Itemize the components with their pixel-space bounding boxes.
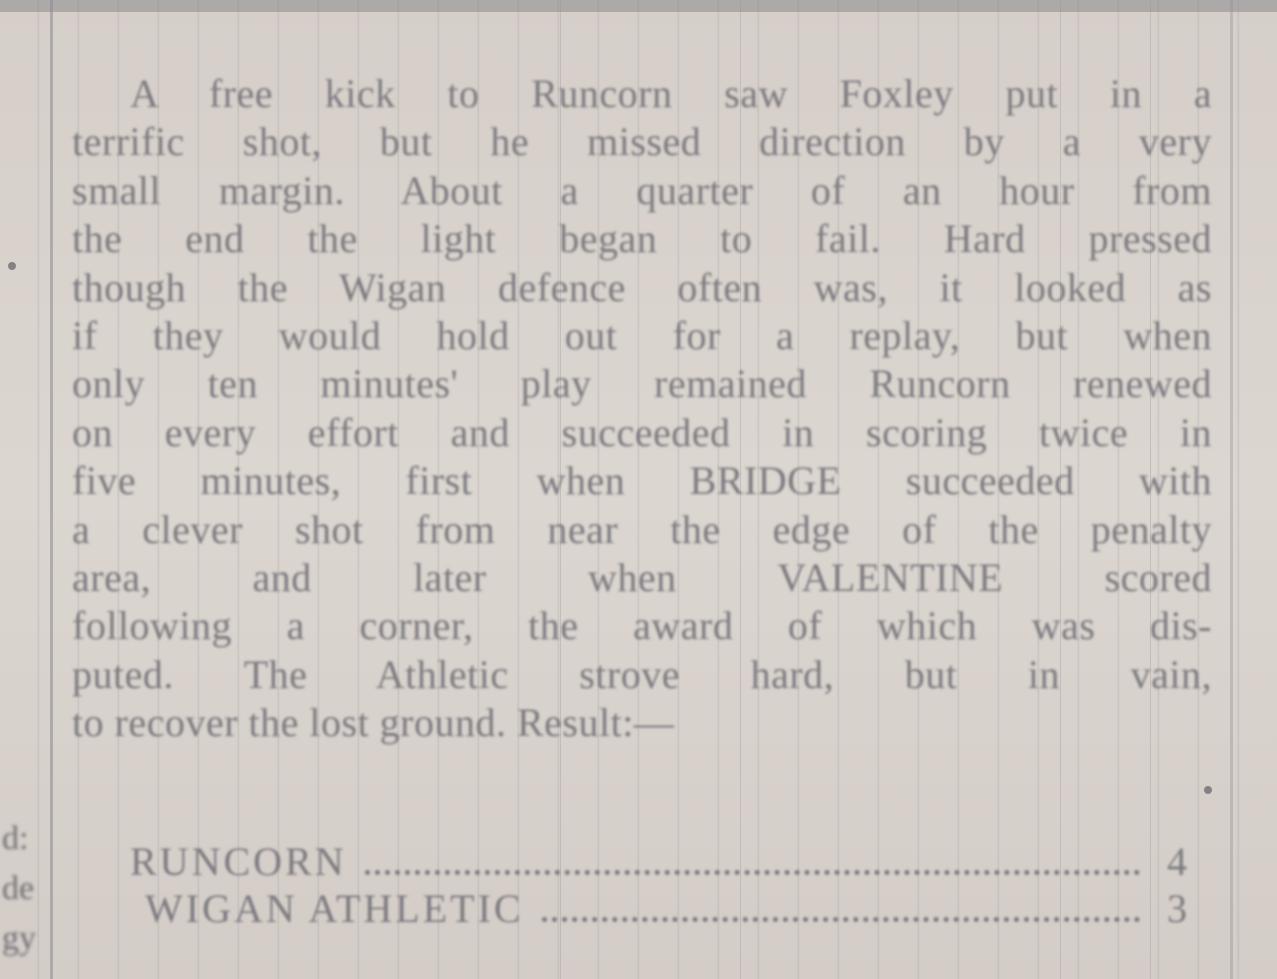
article-line: five minutes, first when BRIDGE succeede… <box>72 457 1212 505</box>
margin-fragment: gy <box>2 920 36 958</box>
article-line: only ten minutes' play remained Runcorn … <box>72 360 1212 408</box>
team-score: 3 <box>1150 885 1190 932</box>
result-row-home: RUNCORN 4 <box>130 838 1190 885</box>
column-rule-left <box>50 0 53 979</box>
article-line: small margin. About a quarter of an hour… <box>72 167 1212 215</box>
article-line: area, and later when VALENTINE scored <box>72 554 1212 602</box>
margin-fragment: d: <box>2 820 28 858</box>
margin-fragment: de <box>2 870 34 908</box>
article-line: puted. The Athletic strove hard, but in … <box>72 651 1212 699</box>
leader-dots <box>365 870 1140 875</box>
margin-speck <box>8 262 16 270</box>
match-report-article: A free kick to Runcorn saw Foxley put in… <box>72 70 1212 747</box>
article-line: A free kick to Runcorn saw Foxley put in… <box>72 70 1212 118</box>
page-top-border <box>0 0 1277 12</box>
article-line: following a corner, the award of which w… <box>72 602 1212 650</box>
article-line: terrific shot, but he missed direction b… <box>72 118 1212 166</box>
result-row-away: WIGAN ATHLETIC 3 <box>145 885 1190 932</box>
article-line: the end the light began to fail. Hard pr… <box>72 215 1212 263</box>
article-line: on every effort and succeeded in scoring… <box>72 409 1212 457</box>
team-name: RUNCORN <box>130 838 347 885</box>
team-name: WIGAN ATHLETIC <box>145 885 524 932</box>
margin-speck <box>1204 786 1212 794</box>
leader-dots <box>542 917 1140 922</box>
column-rule-right <box>1230 0 1233 979</box>
article-line: if they would hold out for a replay, but… <box>72 312 1212 360</box>
article-line: to recover the lost ground. Result:— <box>72 699 1212 747</box>
article-line: a clever shot from near the edge of the … <box>72 506 1212 554</box>
team-score: 4 <box>1150 838 1190 885</box>
article-line: though the Wigan defence often was, it l… <box>72 264 1212 312</box>
